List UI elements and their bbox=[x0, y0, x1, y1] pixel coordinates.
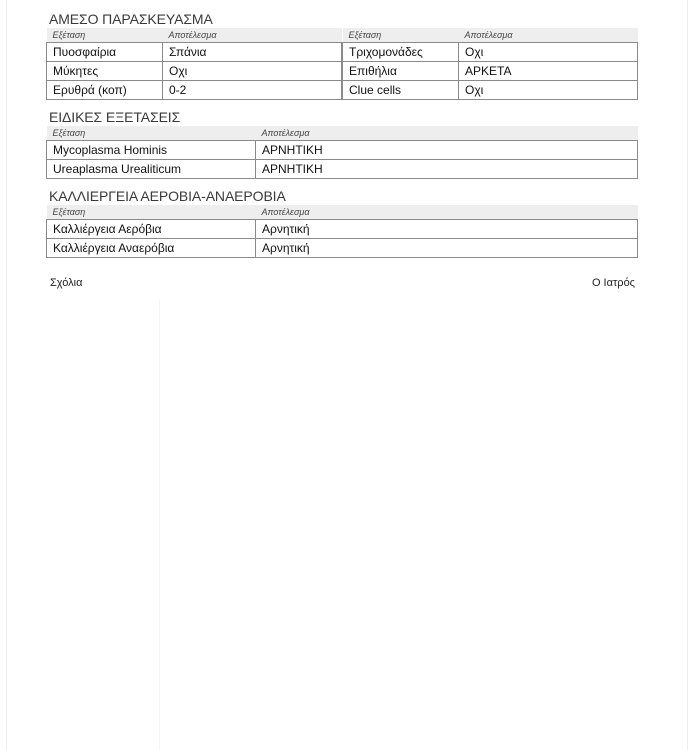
test-name: Clue cells bbox=[343, 81, 459, 100]
test-name: Ureaplasma Urealiticum bbox=[47, 160, 256, 179]
test-result: Οχι bbox=[459, 81, 638, 100]
test-result: Αρνητική bbox=[256, 239, 638, 258]
page-edge bbox=[159, 300, 160, 750]
test-name: Τριχομονάδες bbox=[343, 43, 459, 62]
table-row: Επιθήλια ΑΡΚΕΤΑ bbox=[343, 62, 638, 81]
column-header-result: Αποτέλεσμα bbox=[256, 126, 638, 141]
section-culture: ΚΑΛΛΙΕΡΓΕΙΑ ΑΕΡΟΒΙΑ-ΑΝΑΕΡΟΒΙΑ Εξέταση Απ… bbox=[46, 187, 638, 258]
page-edge bbox=[687, 0, 688, 750]
test-result: ΑΡΚΕΤΑ bbox=[459, 62, 638, 81]
page-edge bbox=[6, 0, 7, 750]
column-header-test: Εξέταση bbox=[47, 126, 256, 141]
column-header-test: Εξέταση bbox=[47, 205, 256, 220]
section-direct-preparation: ΑΜΕΣΟ ΠΑΡΑΣΚΕΥΑΣΜΑ Εξέταση Αποτέλεσμα Πυ… bbox=[46, 10, 638, 100]
column-header-result: Αποτέλεσμα bbox=[163, 28, 342, 43]
table-row: Μύκητες Οχι bbox=[47, 62, 342, 81]
table-row: Clue cells Οχι bbox=[343, 81, 638, 100]
test-result: ΑΡΝΗΤΙΚΗ bbox=[256, 160, 638, 179]
test-result: Οχι bbox=[459, 43, 638, 62]
test-result: Οχι bbox=[163, 62, 342, 81]
direct-table-right: Εξέταση Αποτέλεσμα Τριχομονάδες Οχι Επιθ… bbox=[342, 28, 638, 100]
test-name: Μύκητες bbox=[47, 62, 163, 81]
test-result: 0-2 bbox=[163, 81, 342, 100]
table-row: Ureaplasma Urealiticum ΑΡΝΗΤΙΚΗ bbox=[47, 160, 638, 179]
table-row: Mycoplasma Hominis ΑΡΝΗΤΙΚΗ bbox=[47, 141, 638, 160]
doctor-label: Ο Ιατρός bbox=[592, 277, 635, 289]
section-title: ΚΑΛΛΙΕΡΓΕΙΑ ΑΕΡΟΒΙΑ-ΑΝΑΕΡΟΒΙΑ bbox=[46, 187, 638, 205]
direct-table-left: Εξέταση Αποτέλεσμα Πυοσφαίρια Σπάνια Μύκ… bbox=[46, 28, 342, 100]
column-header-result: Αποτέλεσμα bbox=[459, 28, 638, 43]
comments-label: Σχόλια bbox=[50, 277, 83, 289]
lab-report: ΑΜΕΣΟ ΠΑΡΑΣΚΕΥΑΣΜΑ Εξέταση Αποτέλεσμα Πυ… bbox=[46, 10, 638, 289]
test-name: Πυοσφαίρια bbox=[47, 43, 163, 62]
table-row: Καλλιέργεια Αναερόβια Αρνητική bbox=[47, 239, 638, 258]
test-name: Επιθήλια bbox=[343, 62, 459, 81]
table-row: Πυοσφαίρια Σπάνια bbox=[47, 43, 342, 62]
special-tests-table: Εξέταση Αποτέλεσμα Mycoplasma Hominis ΑΡ… bbox=[46, 126, 638, 179]
culture-table: Εξέταση Αποτέλεσμα Καλλιέργεια Αερόβια Α… bbox=[46, 205, 638, 258]
test-result: Σπάνια bbox=[163, 43, 342, 62]
test-name: Καλλιέργεια Αερόβια bbox=[47, 220, 256, 239]
direct-tables: Εξέταση Αποτέλεσμα Πυοσφαίρια Σπάνια Μύκ… bbox=[46, 28, 638, 100]
column-header-result: Αποτέλεσμα bbox=[256, 205, 638, 220]
section-special-tests: ΕΙΔΙΚΕΣ ΕΞΕΤΑΣΕΙΣ Εξέταση Αποτέλεσμα Myc… bbox=[46, 108, 638, 179]
column-header-test: Εξέταση bbox=[47, 28, 163, 43]
test-name: Καλλιέργεια Αναερόβια bbox=[47, 239, 256, 258]
column-header-test: Εξέταση bbox=[343, 28, 459, 43]
table-row: Τριχομονάδες Οχι bbox=[343, 43, 638, 62]
table-row: Καλλιέργεια Αερόβια Αρνητική bbox=[47, 220, 638, 239]
report-footer: Σχόλια Ο Ιατρός bbox=[46, 277, 638, 289]
test-name: Mycoplasma Hominis bbox=[47, 141, 256, 160]
section-title: ΕΙΔΙΚΕΣ ΕΞΕΤΑΣΕΙΣ bbox=[46, 108, 638, 126]
test-result: ΑΡΝΗΤΙΚΗ bbox=[256, 141, 638, 160]
test-name: Ερυθρά (κοπ) bbox=[47, 81, 163, 100]
section-title: ΑΜΕΣΟ ΠΑΡΑΣΚΕΥΑΣΜΑ bbox=[46, 10, 638, 28]
test-result: Αρνητική bbox=[256, 220, 638, 239]
table-row: Ερυθρά (κοπ) 0-2 bbox=[47, 81, 342, 100]
